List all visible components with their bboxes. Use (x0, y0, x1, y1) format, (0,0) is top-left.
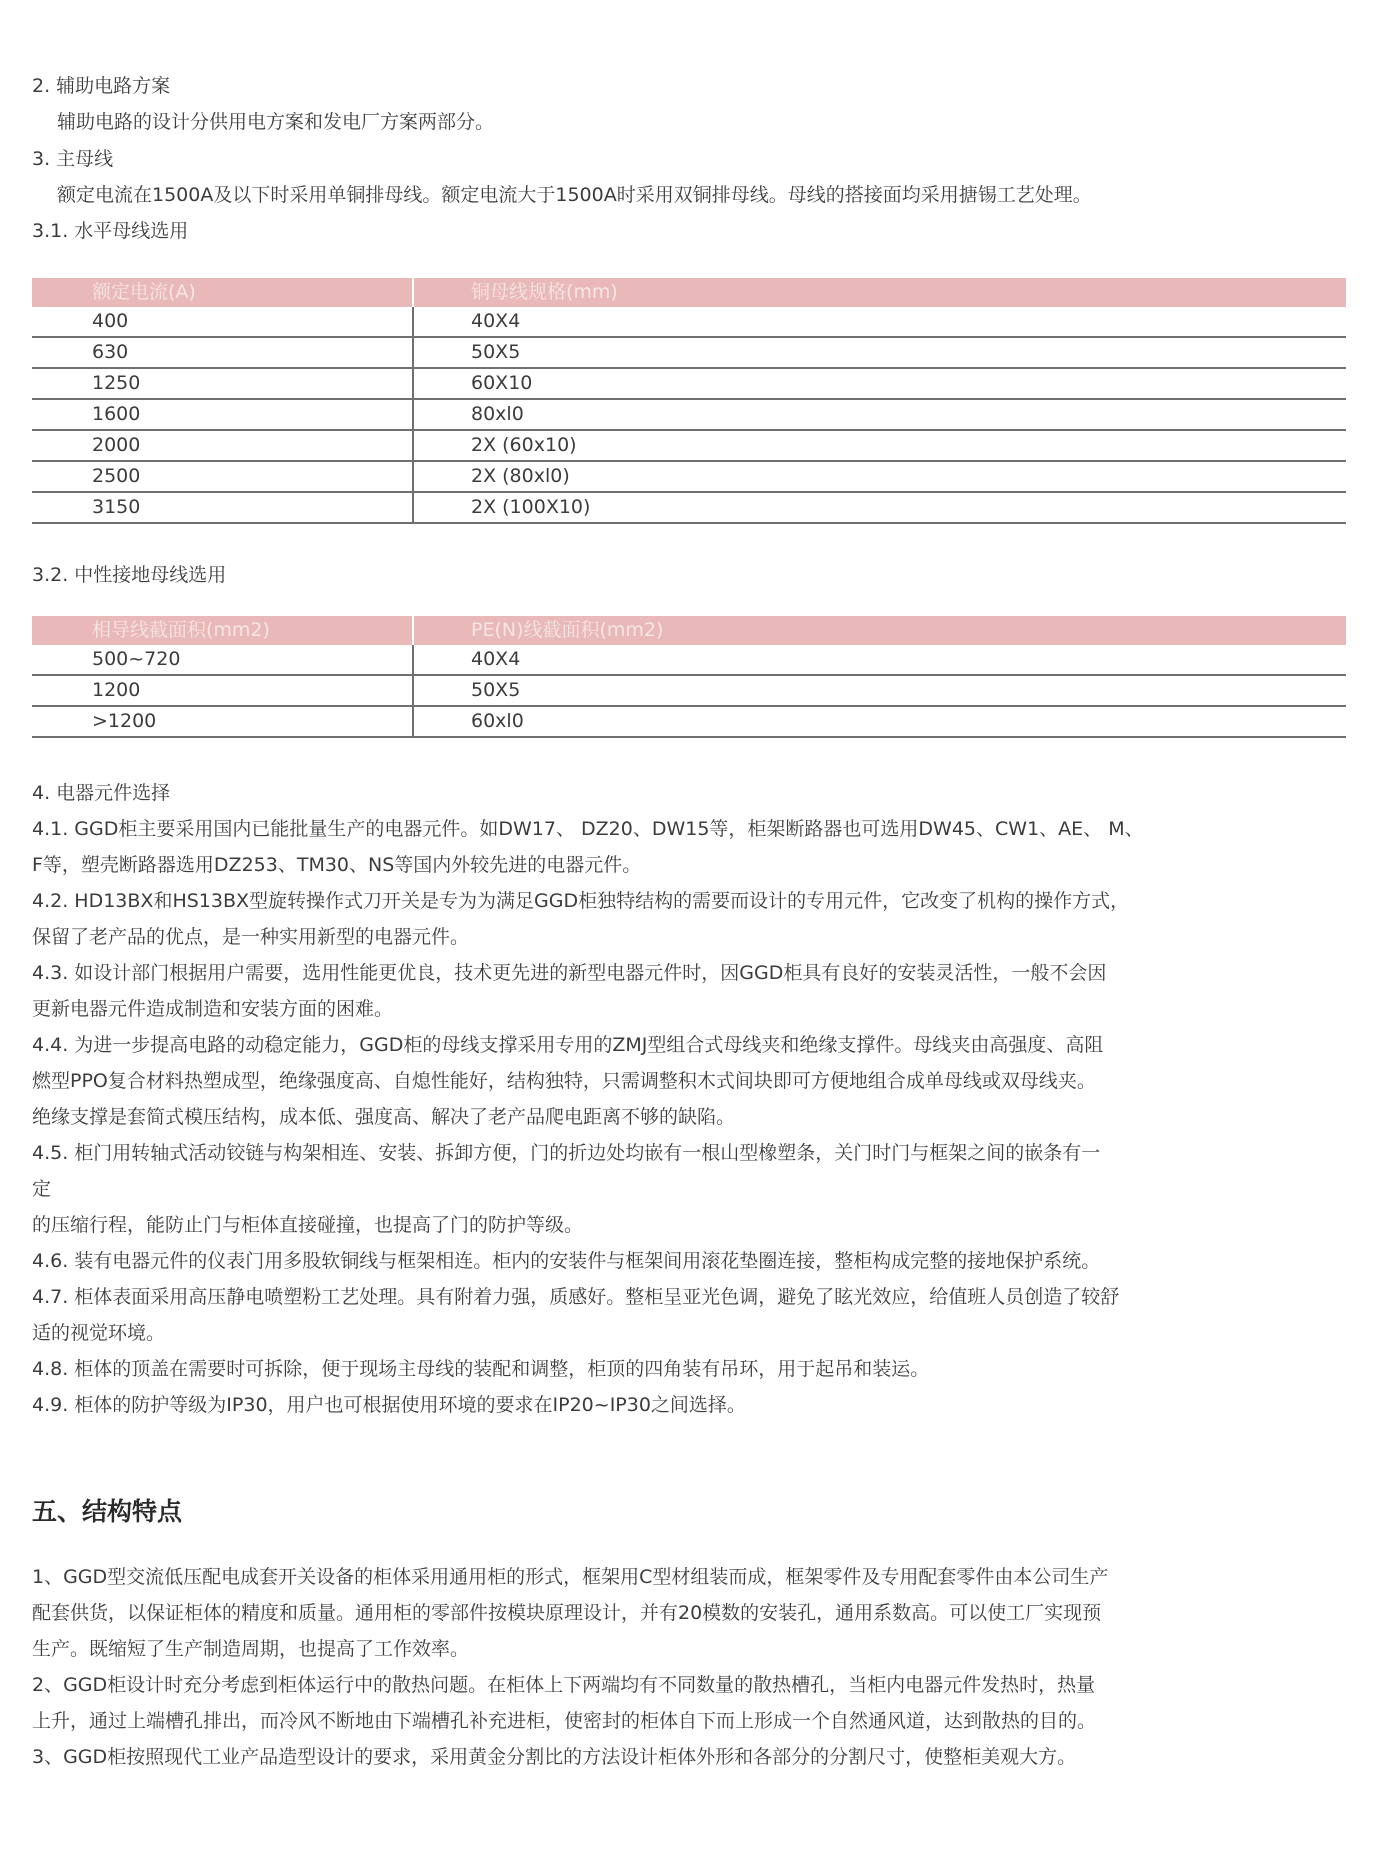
column-header: PE(N)线截面积(mm2) (413, 616, 1346, 645)
paragraph-line: 保留了老产品的优点，是一种实用新型的电器元件。 (32, 925, 469, 949)
paragraph-line: 的压缩行程，能防止门与柜体直接碰撞，也提高了门的防护等级。 (32, 1213, 583, 1237)
section-4-heading: 4. 电器元件选择 (32, 781, 170, 805)
paragraph-line: 4.1. GGD柜主要采用国内已能批量生产的电器元件。如DW17、 DZ20、D… (32, 817, 1144, 841)
column-header: 额定电流(A) (32, 278, 413, 307)
horizontal-busbar-table: 额定电流(A) 铜母线规格(mm) 400 40X4 630 50X5 1250… (32, 278, 1346, 524)
paragraph-line: 定 (32, 1177, 51, 1201)
table-row: 2000 2X (60x10) (32, 430, 1346, 461)
paragraph-line: 上升，通过上端槽孔排出，而冷风不断地由下端槽孔补充进柜，使密封的柜体自下而上形成… (32, 1709, 1096, 1733)
paragraph-line: 燃型PPO复合材料热塑成型，绝缘强度高、自熄性能好，结构独特，只需调整积木式间块… (32, 1069, 1096, 1093)
table-row: 630 50X5 (32, 337, 1346, 368)
section-3-1-heading: 3.1. 水平母线选用 (32, 219, 188, 243)
table-cell: 50X5 (413, 337, 1346, 368)
paragraph-line: 4.2. HD13BX和HS13BX型旋转操作式刀开关是专为为满足GGD柜独特结… (32, 889, 1129, 913)
table-cell: 50X5 (413, 675, 1346, 706)
table-row: 1600 80xl0 (32, 399, 1346, 430)
neutral-busbar-table: 相导线截面积(mm2) PE(N)线截面积(mm2) 500~720 40X4 … (32, 616, 1346, 738)
table-row: 500~720 40X4 (32, 645, 1346, 675)
table-cell: 60xl0 (413, 706, 1346, 737)
paragraph-line: 生产。既缩短了生产制造周期，也提高了工作效率。 (32, 1637, 469, 1661)
paragraph-line: 绝缘支撑是套简式模压结构，成本低、强度高、解决了老产品爬电距离不够的缺陷。 (32, 1105, 735, 1129)
paragraph-line: 更新电器元件造成制造和安装方面的困难。 (32, 997, 393, 1021)
table-cell: 1250 (32, 368, 413, 399)
table-header-row: 相导线截面积(mm2) PE(N)线截面积(mm2) (32, 616, 1346, 645)
table-row: 3150 2X (100X10) (32, 492, 1346, 523)
table-cell: 40X4 (413, 307, 1346, 337)
paragraph-line: 1、GGD型交流低压配电成套开关设备的柜体采用通用柜的形式，框架用C型材组装而成… (32, 1565, 1108, 1589)
paragraph-line: 2、GGD柜设计时充分考虑到柜体运行中的散热问题。在柜体上下两端均有不同数量的散… (32, 1673, 1095, 1697)
table-header-row: 额定电流(A) 铜母线规格(mm) (32, 278, 1346, 307)
section-2-text: 辅助电路的设计分供用电方案和发电厂方案两部分。 (57, 110, 494, 134)
section-3-heading: 3. 主母线 (32, 147, 113, 171)
section-5-heading: 五、结构特点 (32, 1497, 182, 1527)
paragraph-line: 4.4. 为进一步提高电路的动稳定能力，GGD柜的母线支撑采用专用的ZMJ型组合… (32, 1033, 1103, 1057)
paragraph-line: 4.9. 柜体的防护等级为IP30，用户也可根据使用环境的要求在IP20~IP3… (32, 1393, 746, 1417)
table-cell: 400 (32, 307, 413, 337)
table-cell: 60X10 (413, 368, 1346, 399)
table-row: 1200 50X5 (32, 675, 1346, 706)
paragraph-line: 4.6. 装有电器元件的仪表门用多股软铜线与框架相连。柜内的安装件与框架间用滚花… (32, 1249, 1100, 1273)
paragraph-line: F等，塑壳断路器选用DZ253、TM30、NS等国内外较先进的电器元件。 (32, 853, 641, 877)
table-cell: 500~720 (32, 645, 413, 675)
paragraph-line: 适的视觉环境。 (32, 1321, 165, 1345)
table-row: 2500 2X (80xl0) (32, 461, 1346, 492)
paragraph-line: 4.8. 柜体的顶盖在需要时可拆除，便于现场主母线的装配和调整，柜顶的四角装有吊… (32, 1357, 929, 1381)
table-row: >1200 60xl0 (32, 706, 1346, 737)
paragraph-line: 4.7. 柜体表面采用高压静电喷塑粉工艺处理。具有附着力强，质感好。整柜呈亚光色… (32, 1285, 1119, 1309)
table-cell: 630 (32, 337, 413, 368)
table-cell: 3150 (32, 492, 413, 523)
table-cell: 2X (60x10) (413, 430, 1346, 461)
paragraph-line: 4.3. 如设计部门根据用户需要，选用性能更优良，技术更先进的新型电器元件时，因… (32, 961, 1106, 985)
table-cell: 2000 (32, 430, 413, 461)
table-cell: >1200 (32, 706, 413, 737)
column-header: 铜母线规格(mm) (413, 278, 1346, 307)
table-cell: 2X (100X10) (413, 492, 1346, 523)
section-3-text: 额定电流在1500A及以下时采用单铜排母线。额定电流大于1500A时采用双铜排母… (57, 183, 1092, 207)
paragraph-line: 配套供货，以保证柜体的精度和质量。通用柜的零部件按模块原理设计，并有20模数的安… (32, 1601, 1101, 1625)
table-cell: 80xl0 (413, 399, 1346, 430)
paragraph-line: 4.5. 柜门用转轴式活动铰链与构架相连、安装、拆卸方便，门的折边处均嵌有一根山… (32, 1141, 1100, 1165)
table-row: 400 40X4 (32, 307, 1346, 337)
column-header: 相导线截面积(mm2) (32, 616, 413, 645)
table-row: 1250 60X10 (32, 368, 1346, 399)
table-cell: 1200 (32, 675, 413, 706)
table-cell: 2X (80xl0) (413, 461, 1346, 492)
section-3-2-heading: 3.2. 中性接地母线选用 (32, 563, 226, 587)
table-cell: 40X4 (413, 645, 1346, 675)
paragraph-line: 3、GGD柜按照现代工业产品造型设计的要求，采用黄金分割比的方法设计柜体外形和各… (32, 1745, 1076, 1769)
section-2-heading: 2. 辅助电路方案 (32, 74, 170, 98)
table-cell: 1600 (32, 399, 413, 430)
table-cell: 2500 (32, 461, 413, 492)
